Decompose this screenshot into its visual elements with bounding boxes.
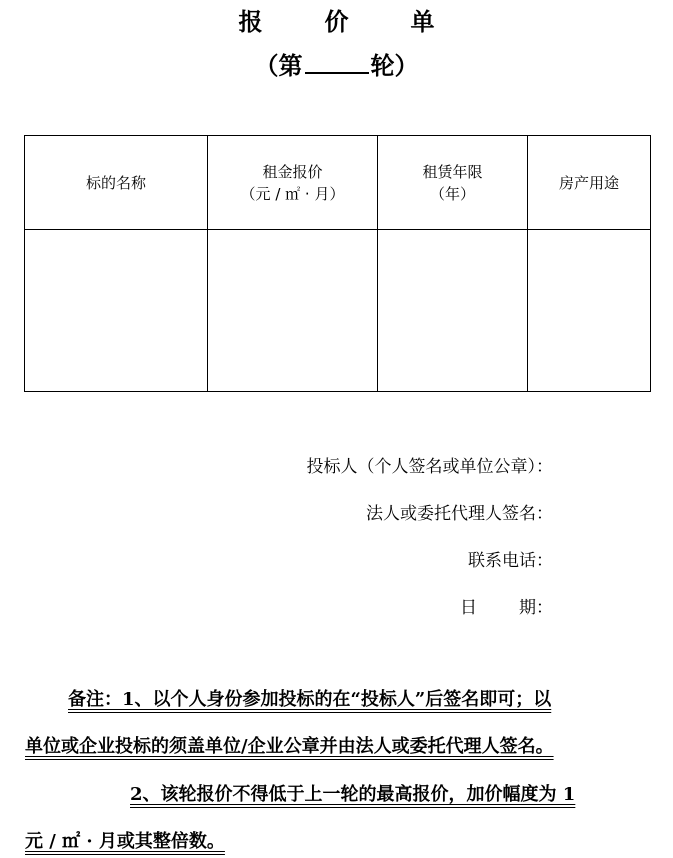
title-char: 报	[239, 2, 263, 37]
note-line-1: 备注：1、以个人身份参加投标的在“投标人”后签名即可；以	[25, 688, 673, 712]
cell-lease-term[interactable]	[378, 230, 528, 392]
table-header-row: 标的名称 租金报价（元 / ㎡ · 月） 租赁年限（年） 房产用途	[25, 136, 651, 230]
document-title: 报价单	[0, 2, 673, 37]
round-number-blank[interactable]	[305, 52, 369, 74]
title-char: 价	[325, 2, 349, 37]
phone-label: 联系电话：	[468, 546, 553, 571]
cell-rent-price[interactable]	[208, 230, 378, 392]
header-rent-price: 租金报价（元 / ㎡ · 月）	[208, 136, 378, 230]
title-char: 单	[411, 2, 435, 37]
note-line-4: 元 / ㎡ · 月或其整倍数。	[25, 830, 651, 854]
quote-table: 标的名称 租金报价（元 / ㎡ · 月） 租赁年限（年） 房产用途	[24, 135, 651, 392]
cell-item-name[interactable]	[25, 230, 208, 392]
bidder-signature-label: 投标人（个人签名或单位公章）：	[307, 452, 554, 477]
note-line-2: 单位或企业投标的须盖单位/企业公章并由法人或委托代理人签名。	[25, 735, 651, 759]
round-suffix: 轮）	[371, 51, 419, 80]
header-lease-term: 租赁年限（年）	[378, 136, 528, 230]
header-property-use: 房产用途	[528, 136, 651, 230]
date-label: 日期：	[460, 593, 553, 618]
cell-property-use[interactable]	[528, 230, 651, 392]
table-row	[25, 230, 651, 392]
round-prefix: （第	[255, 51, 303, 80]
header-item-name: 标的名称	[25, 136, 208, 230]
round-subtitle: （第轮）	[0, 46, 673, 81]
note-line-3: 2、该轮报价不得低于上一轮的最高报价，加价幅度为 1	[25, 783, 673, 807]
legal-rep-signature-label: 法人或委托代理人签名：	[366, 499, 553, 524]
